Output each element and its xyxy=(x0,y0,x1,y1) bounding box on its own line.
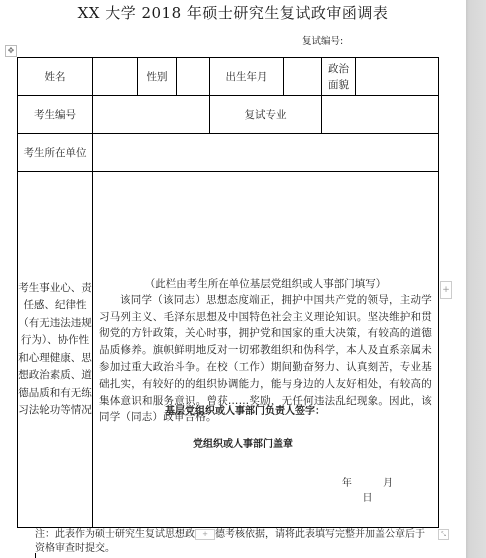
political-status-label: 政治 面貌 xyxy=(322,58,356,96)
candidate-number-field[interactable] xyxy=(93,96,210,134)
page-gutter xyxy=(466,0,486,558)
signature-label: 基层党组织或人事部门负责人签字： xyxy=(165,402,325,417)
name-field[interactable] xyxy=(93,58,138,96)
assessment-field[interactable]: （此栏由考生所在单位基层党组织或人事部门填写） 该同学（该同志）思想态度端正，拥… xyxy=(93,172,439,528)
year-label: 年 xyxy=(342,474,352,489)
political-label-line2: 面貌 xyxy=(322,77,355,93)
birth-field[interactable] xyxy=(284,58,322,96)
table-row: 考生编号 复试专业 xyxy=(18,96,439,134)
political-review-table: 姓名 性别 出生年月 政治 面貌 考生编号 复试专业 考生所在单位 考生事业心、… xyxy=(17,57,439,528)
table-row: 考生事业心、责任感、纪律性（有无违法违规行为）、协作性和心理健康、思想政治素质、… xyxy=(18,172,439,528)
document-page: XX 大学 2018 年硕士研究生复试政审函调表 复试编号: ✥ 姓名 性别 出… xyxy=(0,0,466,558)
major-field[interactable] xyxy=(322,96,439,134)
unit-field[interactable] xyxy=(93,134,439,172)
table-resize-handle-icon[interactable]: ⤡ xyxy=(438,529,449,540)
table-row: 姓名 性别 出生年月 政治 面貌 xyxy=(18,58,439,96)
candidate-number-label: 考生编号 xyxy=(18,96,93,134)
day-label: 日 xyxy=(363,489,373,504)
political-label-line1: 政治 xyxy=(322,61,355,77)
assessment-label: 考生事业心、责任感、纪律性（有无违法违规行为）、协作性和心理健康、思想政治素质、… xyxy=(18,172,93,528)
gender-label: 性别 xyxy=(138,58,177,96)
major-label: 复试专业 xyxy=(210,96,322,134)
fill-instruction: （此栏由考生所在单位基层党组织或人事部门填写） xyxy=(93,277,438,292)
add-row-icon[interactable]: + xyxy=(440,281,452,299)
month-label: 月 xyxy=(383,474,393,489)
birth-label: 出生年月 xyxy=(210,58,284,96)
seal-label: 党组织或人事部门盖章 xyxy=(193,435,293,450)
unit-label: 考生所在单位 xyxy=(18,134,93,172)
gender-field[interactable] xyxy=(177,58,210,96)
date-line: 年 月 日 xyxy=(325,474,438,504)
political-status-field[interactable] xyxy=(356,58,439,96)
name-label: 姓名 xyxy=(18,58,93,96)
retest-number-label: 复试编号: xyxy=(302,33,343,47)
table-row: 考生所在单位 xyxy=(18,134,439,172)
document-title: XX 大学 2018 年硕士研究生复试政审函调表 xyxy=(0,2,466,23)
text-cursor xyxy=(35,553,36,558)
table-move-handle-icon[interactable]: ✥ xyxy=(5,45,17,57)
footnote-part1: 注：此表作为硕士研究生复试思想政 xyxy=(35,529,195,540)
insert-column-icon[interactable]: + xyxy=(195,529,215,540)
footnote: 注：此表作为硕士研究生复试思想政+德考核依据，请将此表填写完整并加盖公章后于资格… xyxy=(35,528,430,556)
